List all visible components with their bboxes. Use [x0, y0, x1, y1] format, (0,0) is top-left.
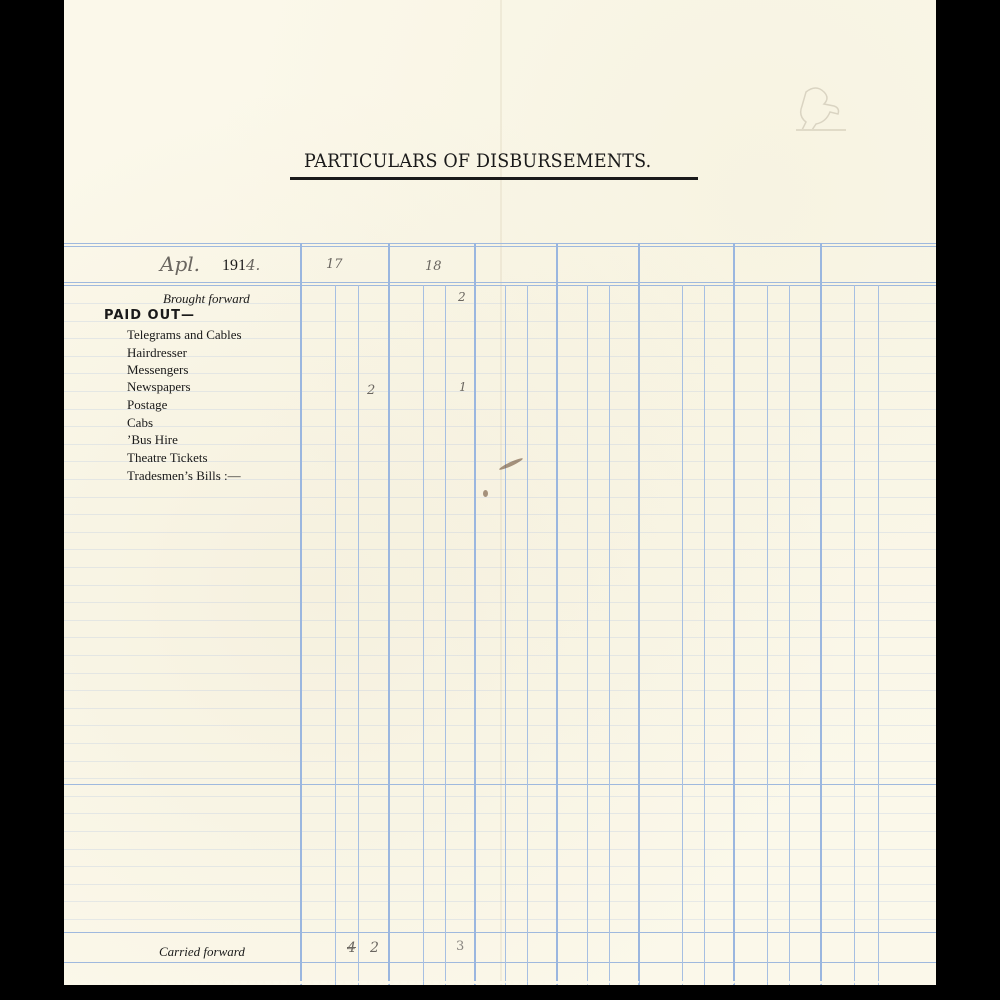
column-rule-major: [556, 243, 558, 985]
month-handwritten: Apl.: [160, 252, 200, 276]
faint-rule: [64, 796, 936, 797]
faint-rule: [64, 901, 936, 902]
grid-rule-top-2: [64, 246, 936, 247]
faint-rule: [64, 409, 936, 410]
faint-rule: [64, 532, 936, 533]
day-column-17: 17: [326, 257, 343, 272]
faint-rule: [64, 690, 936, 691]
faint-rule: [64, 602, 936, 603]
faint-rule: [64, 761, 936, 762]
entry-brought-forward-18: 2: [458, 290, 466, 304]
faint-rule: [64, 919, 936, 920]
ink-spot: [483, 490, 488, 497]
column-rule-sub: [789, 285, 790, 985]
title-underline: [290, 177, 698, 180]
row-telegrams: Telegrams and Cables: [127, 327, 242, 343]
faint-rule: [64, 637, 936, 638]
faint-rule: [64, 444, 936, 445]
column-rule-major: [733, 243, 735, 985]
column-rule-sub: [587, 285, 588, 985]
paper-fold: [500, 0, 502, 985]
year-printed: 191: [222, 257, 246, 275]
faint-rule: [64, 567, 936, 568]
column-rule-sub: [878, 285, 879, 985]
faint-rule: [64, 356, 936, 357]
faint-rule: [64, 743, 936, 744]
column-rule-sub: [505, 285, 506, 985]
row-cabs: Cabs: [127, 415, 153, 431]
faint-rule: [64, 585, 936, 586]
page-title: PARTICULARS OF DISBURSEMENTS.: [290, 150, 665, 172]
row-tradesmens-bills: Tradesmen’s Bills :—: [127, 468, 241, 484]
column-rule-sub: [682, 285, 683, 985]
entry-carried-forward-17-struck: 4: [347, 940, 356, 956]
ink-stain: [498, 457, 523, 472]
disbursement-sheet: PARTICULARS OF DISBURSEMENTS. Apl. 191 4…: [64, 0, 936, 985]
grid-rule-section: [64, 784, 936, 785]
faint-rule: [64, 497, 936, 498]
column-rule-sub: [335, 285, 336, 985]
year-handwritten: 4.: [246, 256, 260, 274]
faint-rule: [64, 673, 936, 674]
faint-rule: [64, 813, 936, 814]
column-rule-sub: [767, 285, 768, 985]
row-carried-forward: Carried forward: [159, 944, 245, 960]
faint-rule: [64, 725, 936, 726]
row-theatre-tickets: Theatre Tickets: [127, 450, 208, 466]
torn-edge: [64, 981, 936, 989]
grid-rule-header-2: [64, 285, 936, 286]
faint-rule: [64, 549, 936, 550]
faint-rule: [64, 620, 936, 621]
faint-rule: [64, 849, 936, 850]
faint-rule: [64, 866, 936, 867]
faint-rule: [64, 655, 936, 656]
grid-rule-header: [64, 282, 936, 283]
entry-newspapers-17: 2: [367, 383, 375, 398]
column-rule-major: [474, 243, 476, 985]
grid-rule-footer-top: [64, 932, 936, 933]
row-hairdresser: Hairdresser: [127, 345, 187, 361]
column-rule-major: [388, 243, 390, 985]
faint-rule: [64, 373, 936, 374]
column-rule-major: [300, 243, 302, 985]
faint-rule: [64, 514, 936, 515]
row-bus-hire: ’Bus Hire: [127, 432, 178, 448]
faint-rule: [64, 391, 936, 392]
row-messengers: Messengers: [127, 362, 188, 378]
row-paid-out: PAID OUT—: [104, 308, 195, 323]
column-rule-major: [820, 243, 822, 985]
grid-rule-top: [64, 243, 936, 244]
entry-carried-forward-18: 3: [456, 939, 464, 954]
row-newspapers: Newspapers: [127, 379, 191, 395]
faint-rule: [64, 884, 936, 885]
entry-newspapers-18: 1: [459, 380, 467, 394]
column-rule-sub: [527, 285, 528, 985]
faint-rule: [64, 831, 936, 832]
faint-rule: [64, 426, 936, 427]
entry-carried-forward-17: 2: [370, 940, 379, 956]
row-brought-forward: Brought forward: [163, 291, 250, 307]
column-rule-sub: [445, 285, 446, 985]
column-rule-sub: [704, 285, 705, 985]
faint-rule: [64, 708, 936, 709]
column-rule-sub: [854, 285, 855, 985]
lion-crest-icon: [786, 82, 856, 137]
column-rule-sub: [423, 285, 424, 985]
column-rule-sub: [358, 285, 359, 985]
grid-rule-footer-bottom: [64, 962, 936, 963]
faint-rule: [64, 778, 936, 779]
day-column-18: 18: [425, 259, 442, 274]
column-rule-major: [638, 243, 640, 985]
column-rule-sub: [609, 285, 610, 985]
row-postage: Postage: [127, 397, 167, 413]
